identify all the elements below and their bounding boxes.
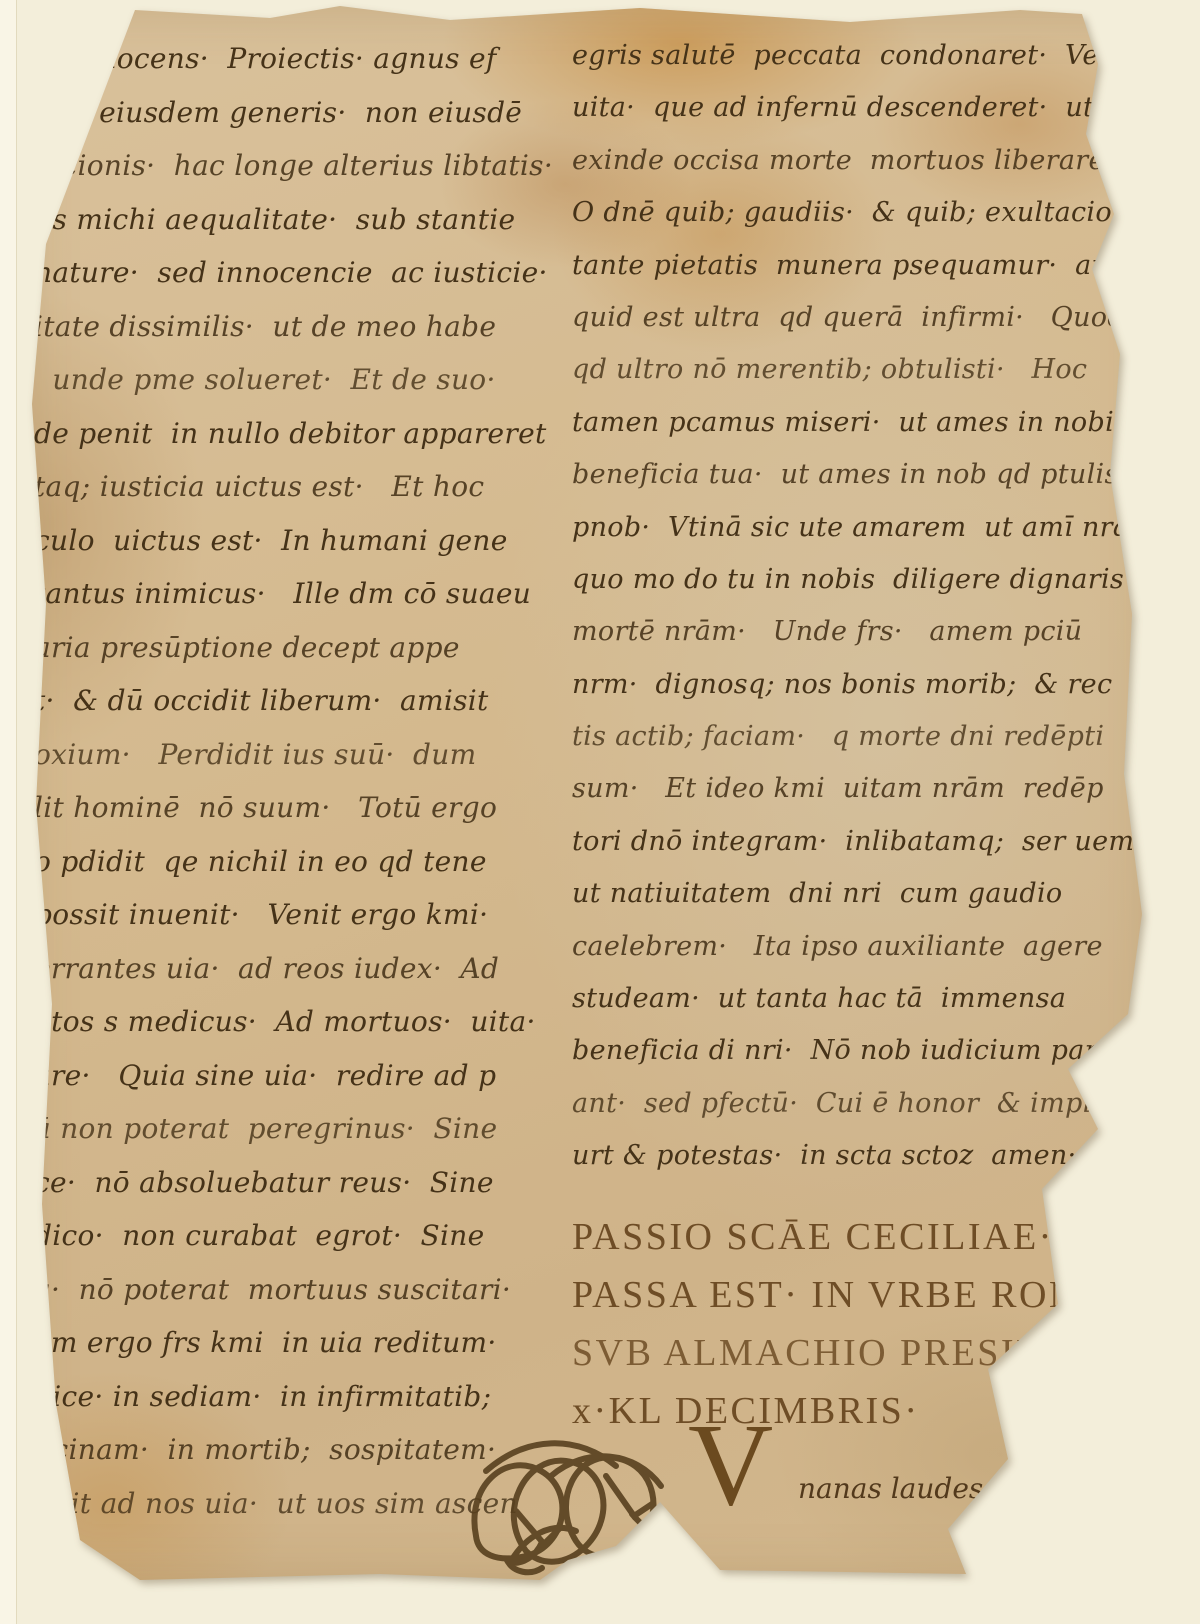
manuscript-line: tante pietatis munera psequamur· aut <box>572 240 1162 292</box>
parchment-fragment: · innocens· Proiectis· agnus efrius eius… <box>20 4 1160 1584</box>
manuscript-line: rius eiusdem generis· non eiusdē <box>34 86 564 140</box>
manuscript-line: · innocens· Proiectis· agnus ef <box>34 32 564 86</box>
parchment-wrap: · innocens· Proiectis· agnus efrius eius… <box>0 0 1200 1624</box>
manuscript-line: dico· non curabat egrot· Sine <box>34 1209 564 1263</box>
manuscript-line: beneficia tua· ut ames in nob qd ptulist… <box>572 449 1162 501</box>
rubric-title: PASSIO SCĀE CECILIAE· QPASSA EST· IN VRB… <box>572 1208 1172 1440</box>
manuscript-line: tantus inimicus· Ille dm cō suaeu <box>34 567 564 621</box>
manuscript-line: studeam· ut tanta hac tā immensa <box>572 973 1162 1025</box>
manuscript-line: oxium· Perdidit ius suū· dum <box>34 728 564 782</box>
manuscript-line: em ergo frs kmi in uia reditum· <box>34 1316 564 1370</box>
manuscript-line: O dnē quib; gaudiis· & quib; exultacioni <box>572 187 1162 239</box>
manuscript-line: o pdidit qe nichil in eo qd tene <box>34 835 564 889</box>
manuscript-line: uita· que ad infernū descenderet· ut <box>572 82 1162 134</box>
manuscript-line: quo mo do tu in nobis diligere dignaris <box>572 554 1162 606</box>
manuscript-line: pnob· Vtinā sic ute amarem ut amī nrām <box>572 502 1162 554</box>
manuscript-line: mortē nrām· Unde frs· amem pciū <box>572 606 1162 658</box>
manuscript-line: aria presūptione decept appe <box>34 621 564 675</box>
interlace-knot-icon <box>456 1416 706 1581</box>
manuscript-line: caelebrem· Ita ipso auxiliante agere <box>572 921 1162 973</box>
manuscript-line: possit inuenit· Venit ergo kmi· <box>34 888 564 942</box>
incipit-text: nanas laudes & m <box>798 1472 1053 1505</box>
manuscript-line: lit hominē nō suum· Totū ergo <box>34 781 564 835</box>
rubric-line: SVB ALMACHIO PRESID <box>572 1324 1172 1382</box>
manuscript-line: dice· in sediam· in infirmitatib; <box>34 1370 564 1424</box>
manuscript-line: nrm· dignosq; nos bonis morib; & rec <box>572 659 1162 711</box>
manuscript-line: a· nō poterat mortuus suscitari· <box>34 1263 564 1317</box>
manuscript-line: itate dissimilis· ut de meo habe <box>34 300 564 354</box>
manuscript-line: taq; iusticia uictus est· Et hoc <box>34 460 564 514</box>
manuscript-line: tis actib; faciam· q morte dni redēpti <box>572 711 1162 763</box>
manuscript-line: ā non poterat peregrinus· Sine <box>34 1102 564 1156</box>
manuscript-line: otos s medicus· Ad mortuos· uita· <box>34 995 564 1049</box>
manuscript-line: beneficia di nri· Nō nob iudicium par <box>572 1025 1162 1077</box>
manuscript-line: t· & dū occidit liberum· amisit <box>34 674 564 728</box>
manuscript-line: culo uictus est· In humani gene <box>34 514 564 568</box>
manuscript-line: quid est ultra qd querā infirmi· Quod <box>572 292 1162 344</box>
manuscript-line: ut natiuitatem dni nri cum gaudio <box>572 868 1162 920</box>
manuscript-line: de penit in nullo debitor appareret <box>34 407 564 461</box>
text-column-left: · innocens· Proiectis· agnus efrius eius… <box>34 32 564 1530</box>
manuscript-line: tori dnō integram· inlibatamq; ser uem <box>572 816 1162 868</box>
manuscript-line: urt & potestas· in scta sctoz amen· <box>572 1130 1162 1182</box>
rubric-line: PASSA EST· IN VRBE ROM <box>572 1266 1172 1324</box>
manuscript-line: dicionis· hac longe alterius libtatis· <box>34 139 564 193</box>
manuscript-line: tamen pcamus miseri· ut ames in nobis <box>572 397 1162 449</box>
manuscript-line: sum· Et ideo kmi uitam nrām redēp <box>572 763 1162 815</box>
text-column-right: egris salutē peccata condonaret· Venitui… <box>572 30 1162 1183</box>
manuscript-line: nature· sed innocencie ac iusticie· <box>34 246 564 300</box>
manuscript-line: are· Quia sine uia· redire ad p <box>34 1049 564 1103</box>
manuscript-photo: · innocens· Proiectis· agnus efrius eius… <box>0 0 1200 1624</box>
manuscript-line: errantes uia· ad reos iudex· Ad <box>34 942 564 996</box>
manuscript-line: exinde occisa morte mortuos liberaret <box>572 135 1162 187</box>
manuscript-line: ce· nō absoluebatur reus· Sine <box>34 1156 564 1210</box>
incipit-initial-v: V <box>688 1406 773 1524</box>
manuscript-line: egris salutē peccata condonaret· Venit <box>572 30 1162 82</box>
rubric-line: PASSIO SCĀE CECILIAE· Q <box>572 1208 1172 1266</box>
manuscript-line: unde pme solueret· Et de suo· <box>34 353 564 407</box>
manuscript-line: qd ultro nō merentib; obtulisti· Hoc <box>572 344 1162 396</box>
manuscript-line: lis michi aequalitate· sub stantie <box>34 193 564 247</box>
manuscript-line: ant· sed pfectū· Cui ē honor & impi <box>572 1078 1162 1130</box>
